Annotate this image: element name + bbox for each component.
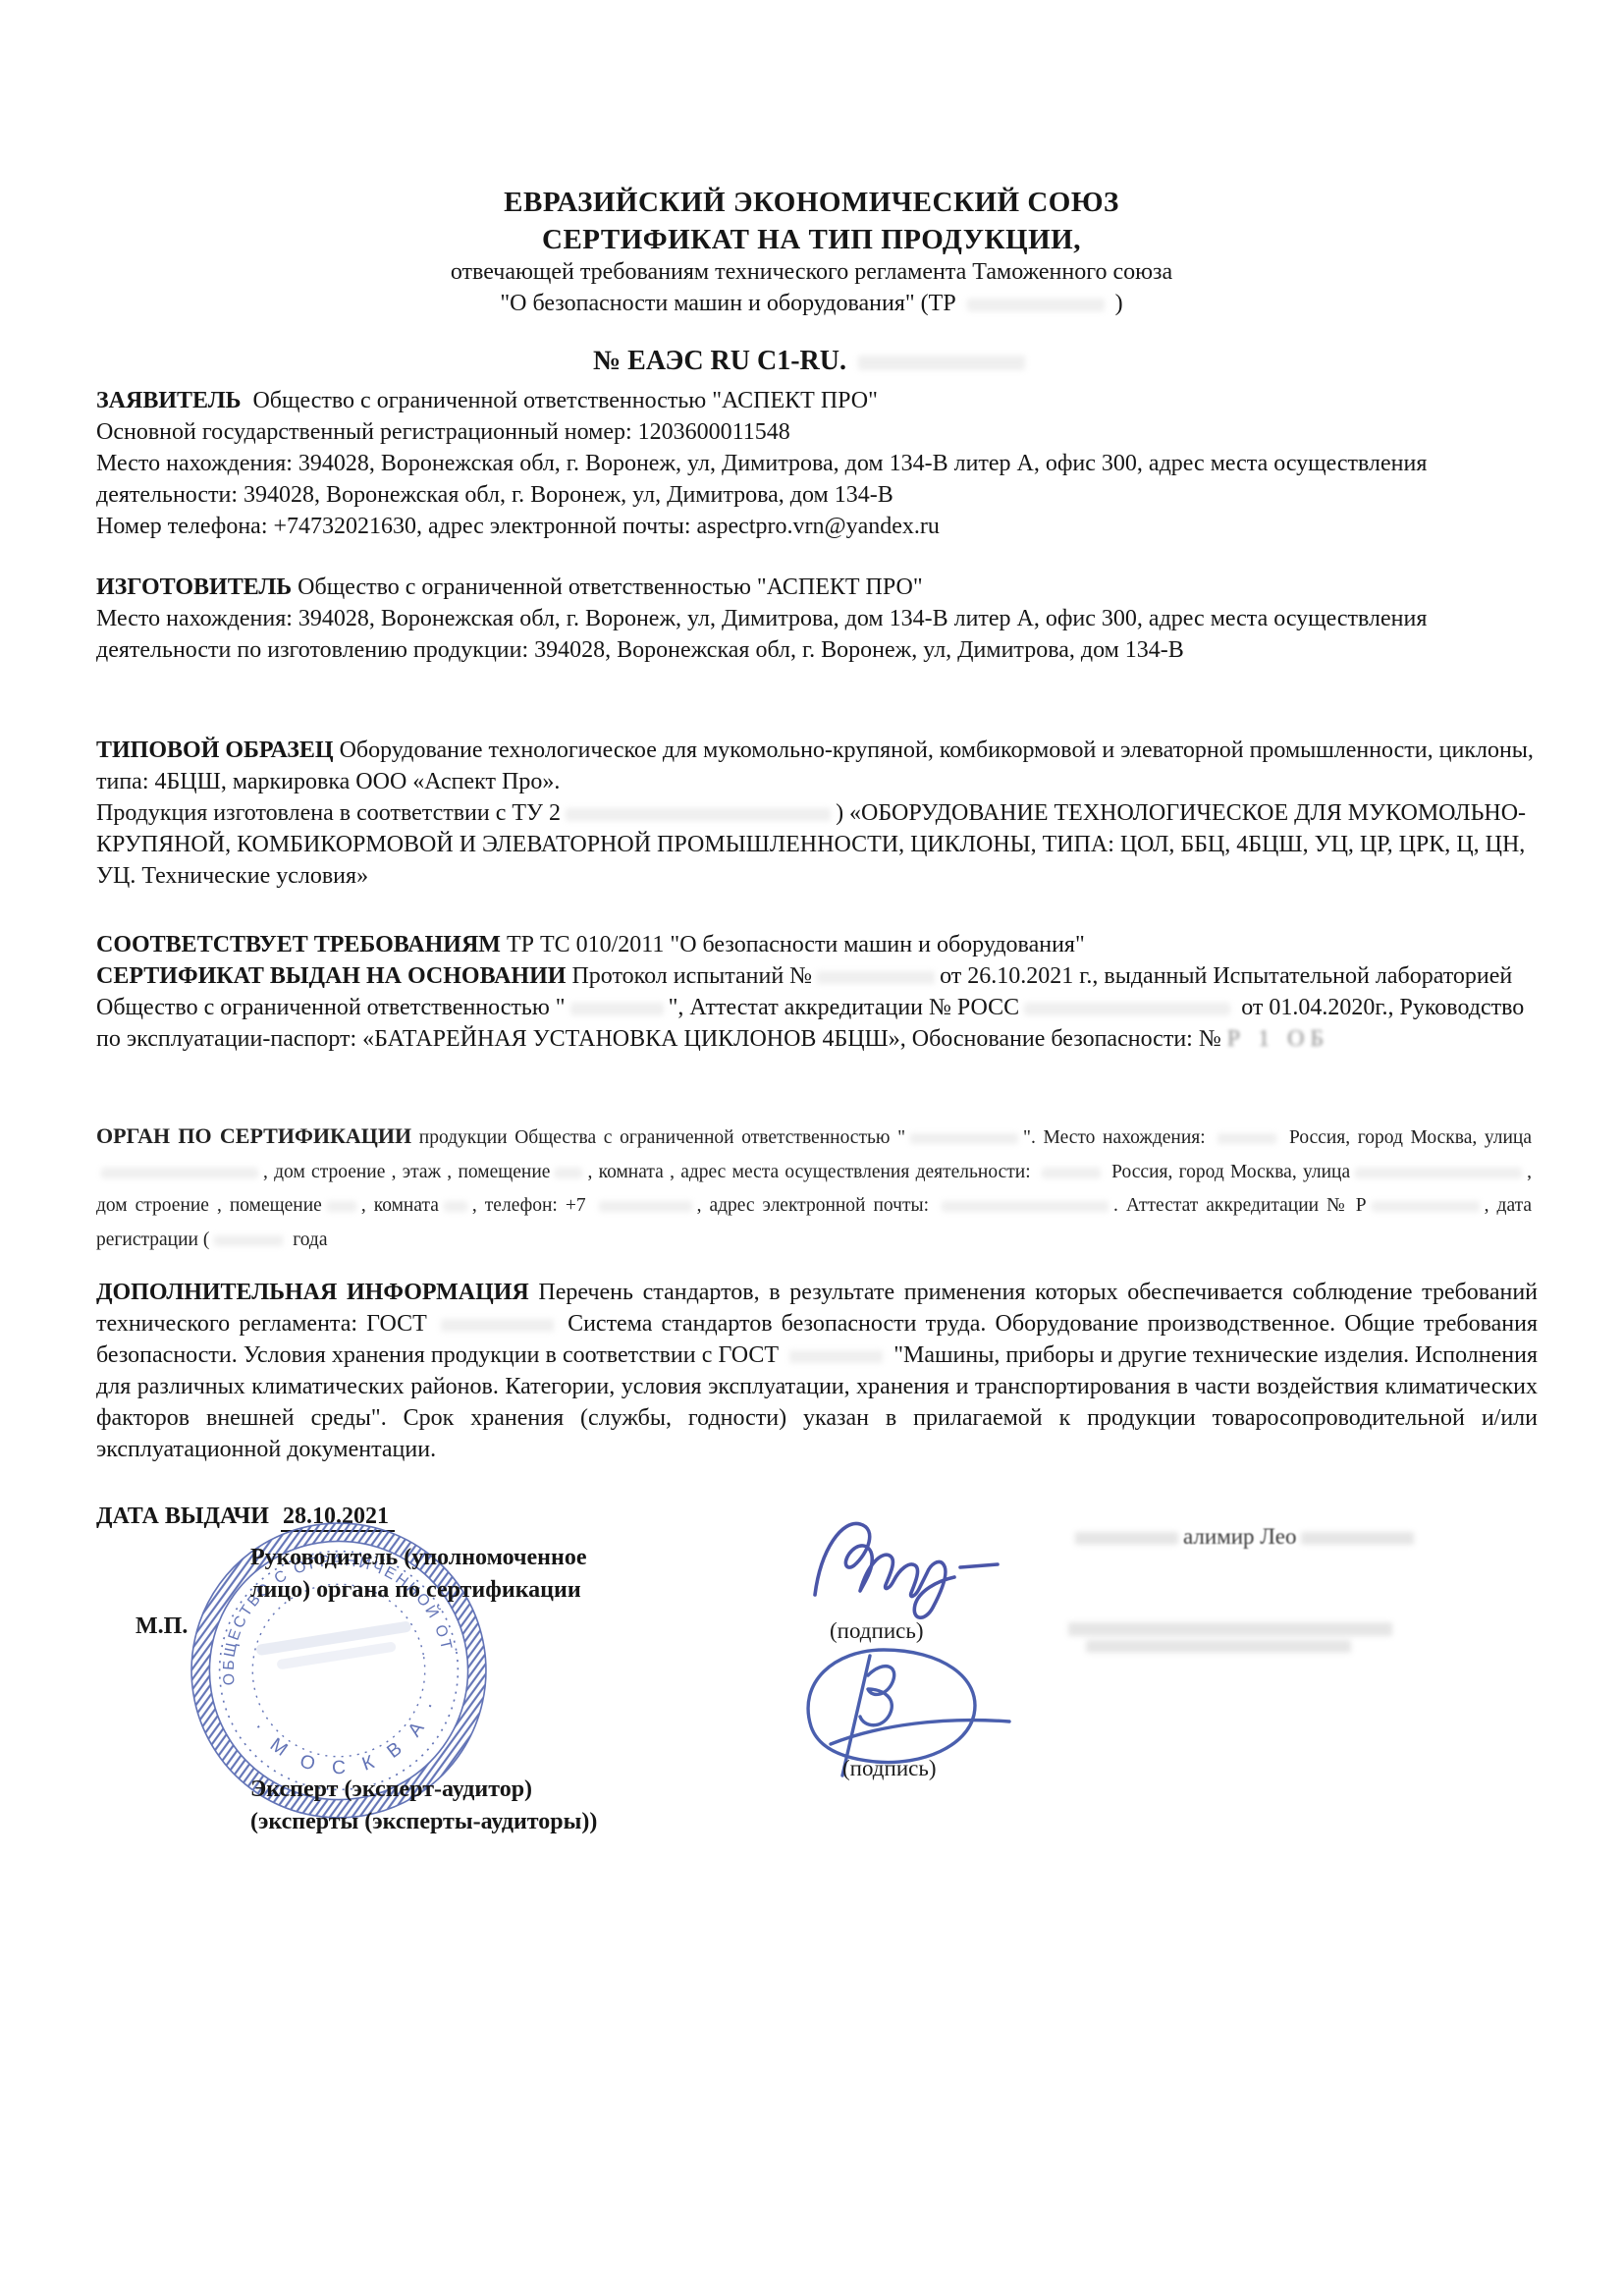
redacted-gost-2 xyxy=(789,1350,883,1363)
expert-role-label: Эксперт (эксперт-аудитор) (эксперты (экс… xyxy=(250,1774,673,1838)
cert-body-p8: , комната xyxy=(361,1195,439,1216)
stamp-redacted-center xyxy=(255,1620,414,1672)
redacted-street-1 xyxy=(101,1168,258,1178)
basis-label: СЕРТИФИКАТ ВЫДАН НА ОСНОВАНИИ xyxy=(96,963,566,989)
signature-2-caption-text: (подпись) xyxy=(842,1756,936,1781)
redacted-room-1 xyxy=(555,1168,582,1178)
subtitle-2-pre: "О безопасности машин и оборудования" (Т… xyxy=(500,291,955,316)
redacted-postcode-1 xyxy=(1217,1133,1276,1144)
redacted-head-name-end xyxy=(1301,1532,1414,1545)
subtitle-1-text: отвечающей требованиям технического регл… xyxy=(0,259,1623,286)
compliance-label: СООТВЕТСТВУЕТ ТРЕБОВАНИЯМ xyxy=(96,932,501,957)
redacted-attestation-number xyxy=(1024,1003,1230,1015)
issue-date-label: ДАТА ВЫДАЧИ xyxy=(96,1503,269,1529)
signature-2-caption: (подпись) xyxy=(842,1756,936,1781)
applicant-name: Общество с ограниченной ответственностью… xyxy=(252,388,877,413)
cert-body-p4: , дом строение , этаж , помещение xyxy=(263,1162,550,1182)
header-subtitle-2: "О безопасности машин и оборудования" (Т… xyxy=(0,291,1623,317)
compliance-section: СООТВЕТСТВУЕТ ТРЕБОВАНИЯМ ТР ТС 010/2011… xyxy=(96,929,1538,1055)
additional-info-label: ДОПОЛНИТЕЛЬНАЯ ИНФОРМАЦИЯ xyxy=(96,1280,529,1305)
applicant-contacts: Номер телефона: +74732021630, адрес элек… xyxy=(96,511,1532,542)
mp-text: М.П. xyxy=(135,1611,188,1642)
additional-info-section: ДОПОЛНИТЕЛЬНАЯ ИНФОРМАЦИЯ Перечень станд… xyxy=(96,1277,1538,1465)
certification-body-label: ОРГАН ПО СЕРТИФИКАЦИИ xyxy=(96,1123,411,1148)
cert-body-p3: Россия, город Москва, улица xyxy=(1289,1127,1532,1148)
applicant-section: ЗАЯВИТЕЛЬ Общество с ограниченной ответс… xyxy=(96,385,1532,542)
redacted-phone xyxy=(599,1201,692,1212)
cert-body-p11: . Аттестат аккредитации № Р xyxy=(1113,1195,1367,1216)
certificate-number-line: № ЕАЭС RU С1-RU. xyxy=(0,346,1623,377)
expert-name-redacted xyxy=(1068,1618,1392,1657)
subtitle-2-post: ) xyxy=(1115,291,1123,316)
basis-protocol-prefix: Протокол испытаний № xyxy=(571,963,812,989)
redacted-tu-number xyxy=(566,808,831,821)
header-cert-title: СЕРТИФИКАТ НА ТИП ПРОДУКЦИИ, xyxy=(0,224,1623,256)
applicant-address: Место нахождения: 394028, Воронежская об… xyxy=(96,448,1532,511)
redacted-head-name-start xyxy=(1075,1532,1178,1545)
cert-body-p1: продукции Общества с ограниченной ответс… xyxy=(419,1127,905,1148)
cert-body-p13: года xyxy=(293,1230,327,1250)
certificate-number-text: № ЕАЭС RU С1-RU. xyxy=(593,346,846,376)
redacted-reg-date xyxy=(214,1235,283,1246)
head-name-fragment: алимир Лео xyxy=(1183,1524,1296,1549)
manufacturer-label: ИЗГОТОВИТЕЛЬ xyxy=(96,574,292,600)
cert-body-p9: , телефон: +7 xyxy=(472,1195,586,1216)
redacted-street-2 xyxy=(1355,1168,1522,1178)
signature-1 xyxy=(803,1504,1019,1627)
applicant-label: ЗАЯВИТЕЛЬ xyxy=(96,388,241,413)
cert-body-p2: ". Место нахождения: xyxy=(1023,1127,1206,1148)
redacted-gost-1 xyxy=(441,1319,554,1332)
manufacturer-name: Общество с ограниченной ответственностью… xyxy=(298,574,922,600)
expert-role-line2: (эксперты (эксперты-аудиторы)) xyxy=(250,1806,673,1838)
type-sample-label: ТИПОВОЙ ОБРАЗЕЦ xyxy=(96,738,334,763)
redacted-tr-number xyxy=(967,299,1105,311)
head-name: алимир Лео xyxy=(1070,1524,1419,1550)
compliance-text: ТР ТС 010/2011 "О безопасности машин и о… xyxy=(507,932,1085,957)
type-sample-tu-pre: Продукция изготовлена в соответствии с Т… xyxy=(96,800,561,826)
redacted-expert-name-line1 xyxy=(1068,1622,1392,1636)
redacted-protocol-number xyxy=(817,971,935,984)
redacted-expert-name-line2 xyxy=(1086,1640,1351,1653)
mp-mark: М.П. xyxy=(135,1611,188,1642)
cert-body-p6: Россия, город Москва, улица xyxy=(1111,1162,1350,1182)
head-role-text: Руководитель (уполномоченное лицо) орган… xyxy=(250,1542,633,1607)
redacted-postcode-2 xyxy=(1042,1168,1101,1178)
certification-body-section: ОРГАН ПО СЕРТИФИКАЦИИ продукции Общества… xyxy=(96,1120,1532,1257)
cert-title-text: СЕРТИФИКАТ НА ТИП ПРОДУКЦИИ, xyxy=(0,224,1623,256)
redacted-email xyxy=(942,1201,1109,1212)
header-subtitle-1: отвечающей требованиям технического регл… xyxy=(0,259,1623,286)
redacted-lab-name xyxy=(570,1003,664,1015)
redacted-certificate-number xyxy=(858,355,1025,370)
redacted-body-name xyxy=(910,1133,1018,1144)
applicant-ogrn: Основной государственный регистрационный… xyxy=(96,416,1532,448)
type-sample-section: ТИПОВОЙ ОБРАЗЕЦ Оборудование технологиче… xyxy=(96,735,1538,892)
header-union-title: ЕВРАЗИЙСКИЙ ЭКОНОМИЧЕСКИЙ СОЮЗ xyxy=(0,187,1623,219)
manufacturer-section: ИЗГОТОВИТЕЛЬ Общество с ограниченной отв… xyxy=(96,572,1532,666)
redacted-room-3 xyxy=(444,1201,467,1212)
redacted-room-2 xyxy=(327,1201,356,1212)
basis-faded-tail: Р 1 ОБ xyxy=(1227,1026,1329,1052)
cert-body-p10: , адрес электронной почты: xyxy=(697,1195,929,1216)
cert-body-p5: , комната , адрес места осуществления де… xyxy=(587,1162,1030,1182)
union-title-text: ЕВРАЗИЙСКИЙ ЭКОНОМИЧЕСКИЙ СОЮЗ xyxy=(0,187,1623,219)
redacted-accreditation xyxy=(1372,1201,1480,1212)
head-role-label: Руководитель (уполномоченное лицо) орган… xyxy=(250,1542,633,1607)
basis-attestation-prefix: ", Аттестат аккредитации № РОСС xyxy=(669,995,1020,1020)
manufacturer-address: Место нахождения: 394028, Воронежская об… xyxy=(96,603,1532,666)
expert-role-line1: Эксперт (эксперт-аудитор) xyxy=(250,1774,673,1806)
certificate-document: ЕВРАЗИЙСКИЙ ЭКОНОМИЧЕСКИЙ СОЮЗ СЕРТИФИКА… xyxy=(0,0,1623,2296)
